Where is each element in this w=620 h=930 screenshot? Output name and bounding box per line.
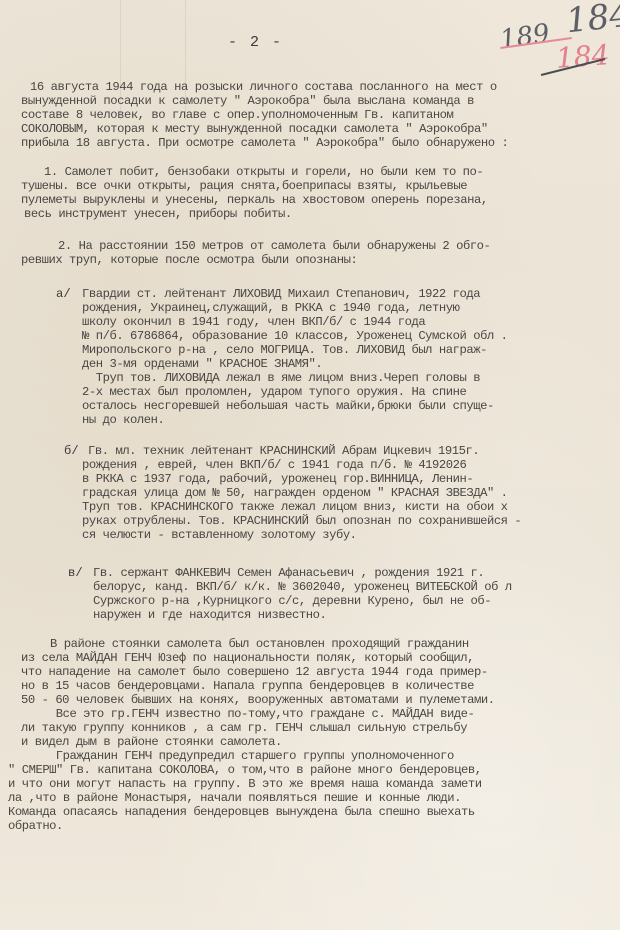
text-line: 1. Самолет побит, бензобаки открыты и го… [44,165,483,179]
text-line: 2-х местах был проломлен, ударом тупого … [82,385,466,399]
text-line: 50 - 60 человек бывших на конях, вооруже… [21,693,495,707]
text-line: школу окончил в 1941 году, член ВКП/б/ с… [82,315,425,329]
text-line: Труп тов. КРАСНИНСКОГО также лежал лицом… [82,500,508,514]
handwritten-old-number: 189 [498,19,551,56]
text-line: обратно. [8,819,63,833]
text-line: из села МАЙДАН ГЕНЧ Юзеф по национальнос… [21,651,474,665]
text-line: пулеметы выруклены и унесены, перкаль на… [21,193,488,207]
text-line: ла ,что в районе Монастыря, начали появл… [8,791,461,805]
text-line: белорус, канд. ВКП/б/ к/к. № 3602040, ур… [93,580,512,594]
text-line: ны до колен. [82,413,164,427]
text-line: Гв. сержант ФАНКЕВИЧ Семен Афанасьевич ,… [93,566,484,580]
text-line: составе 8 человек, во главе с опер.уполн… [21,108,453,122]
text-line: наружен и где находится низвестно. [93,608,326,622]
text-line: Суржского р-на ,Курницкого с/с, деревни … [93,594,491,608]
text-line: вынужденной посадки к самолету " Аэрокоб… [21,94,474,108]
text-line: что нападение на самолет было совершено … [21,665,488,679]
text-line: рождения , еврей, член ВКП/б/ с 1941 год… [82,458,466,472]
text-line: Труп тов. ЛИХОВИДА лежал в яме лицом вни… [82,371,480,385]
text-line: ли такую группу конников , а сам гр. ГЕН… [21,721,467,735]
text-line: В районе стоянки самолета был остановлен… [50,637,469,651]
text-line: ден 3-мя орденами " КРАСНОЕ ЗНАМЯ". [82,357,322,371]
text-line: 2. На расстоянии 150 метров от самолета … [58,239,490,253]
text-line: рождения, Украинец,служащий, в РККА с 19… [82,301,460,315]
text-line: Гв. мл. техник лейтенант КРАСНИНСКИЙ Абр… [88,444,479,458]
text-line: ся челюсти - вставленному золотому зубу. [82,528,357,542]
text-line: и видел дым в районе стоянки самолета. [21,735,282,749]
text-line: Гражданин ГЕНЧ предупредил старшего груп… [42,749,454,763]
text-line: " СМЕРШ" Гв. капитана СОКОЛОВА, о том,чт… [8,763,482,777]
text-line: прибыла 18 августа. При осмотре самолета… [21,136,508,150]
text-line: осталось несгоревшей небольшая часть май… [82,399,494,413]
text-line: тушены. все очки открыты, рация снята,бо… [21,179,467,193]
text-line: СОКОЛОВЫМ, которая к месту вынужденной п… [21,122,488,136]
text-line: но в 15 часов бендеровцами. Напала групп… [21,679,474,693]
text-line: в РККА с 1937 года, рабочий, уроженец го… [82,472,473,486]
text-line: 16 августа 1944 года на розыски личного … [30,80,497,94]
text-line: рукаx отрублены. Тов. КРАСНИНСКИЙ был оп… [82,514,521,528]
page-number: - 2 - [228,34,283,51]
text-line: Гвардии ст. лейтенант ЛИХОВИД Михаил Сте… [82,287,480,301]
document-page: - 2 - 189 184 184 16 августа 1944 года н… [0,0,620,930]
text-line: весь инструмент унесен, приборы побиты. [24,207,292,221]
list-marker: б/ [64,444,79,458]
text-line: ревших труп, которые после осмотра были … [21,253,357,267]
text-line: Миропольского р-на , село МОГРИЦА. Тов. … [82,343,487,357]
text-line: № п/б. 6786864, образование 10 классов, … [82,329,508,343]
text-line: и что они могут напасть на группу. В это… [8,777,482,791]
text-line: градская улица дом № 50, награжден орден… [82,486,508,500]
list-marker: а/ [56,287,71,301]
list-marker: в/ [68,566,83,580]
text-line: Все это гр.ГЕНЧ известно по-тому,что гра… [42,707,474,721]
handwritten-new-number: 184 [564,0,620,41]
text-line: Команда опасаясь нападения бендеровцев в… [8,805,475,819]
